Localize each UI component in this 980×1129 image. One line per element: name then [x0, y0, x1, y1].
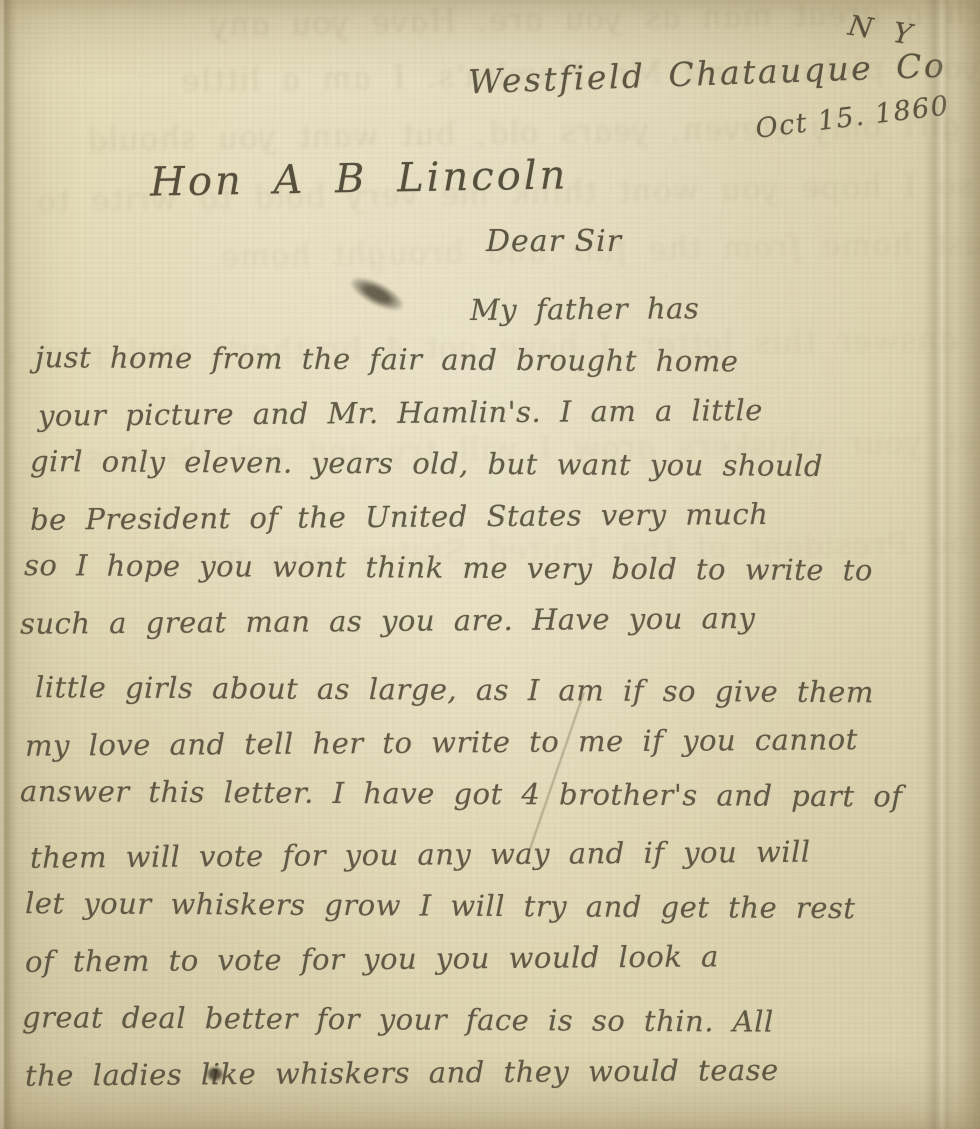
- letter-line-9: my love and tell her to write to me if y…: [25, 712, 980, 771]
- letter-line-14: great deal better for your face is so th…: [22, 991, 980, 1049]
- letter-line-6: so I hope you wont think me very bold to…: [24, 539, 980, 597]
- paper-edge-right: [954, 0, 980, 1129]
- letter-line-4: girl only eleven. years old, but want yo…: [30, 435, 980, 493]
- letter-line-8: little girls about as large, as I am if …: [35, 661, 980, 719]
- letter-line-5: be President of the United States very m…: [30, 486, 980, 545]
- letter-line-7: such a great man as you are. Have you an…: [20, 590, 980, 650]
- letter-line-15: the ladies like whiskers and they would …: [25, 1042, 980, 1101]
- paper-edge-left: [0, 0, 16, 1129]
- letter-line-12: let your whiskers grow I will try and ge…: [25, 877, 980, 935]
- fold-crease-right: [924, 0, 954, 1129]
- letter-line-13: of them to vote for you you would look a: [25, 928, 980, 987]
- recipient-line: Hon A B Lincoln: [150, 152, 569, 205]
- letter-line-2: just home from the fair and brought home: [35, 331, 980, 389]
- letter-line-10: answer this letter. I have got 4 brother…: [20, 765, 980, 823]
- salutation-line: Dear Sir: [486, 224, 622, 259]
- letter-body: My father hasjust home from the fair and…: [0, 282, 980, 1098]
- ink-blot: [206, 1066, 224, 1082]
- letter-line-1: My father has: [470, 280, 980, 336]
- letter-scan: such a great man as you are. Have you an…: [0, 0, 980, 1129]
- letter-line-11: them will vote for you any way and if yo…: [30, 824, 980, 883]
- letter-line-3: your picture and Mr. Hamlin's. I am a li…: [38, 382, 980, 441]
